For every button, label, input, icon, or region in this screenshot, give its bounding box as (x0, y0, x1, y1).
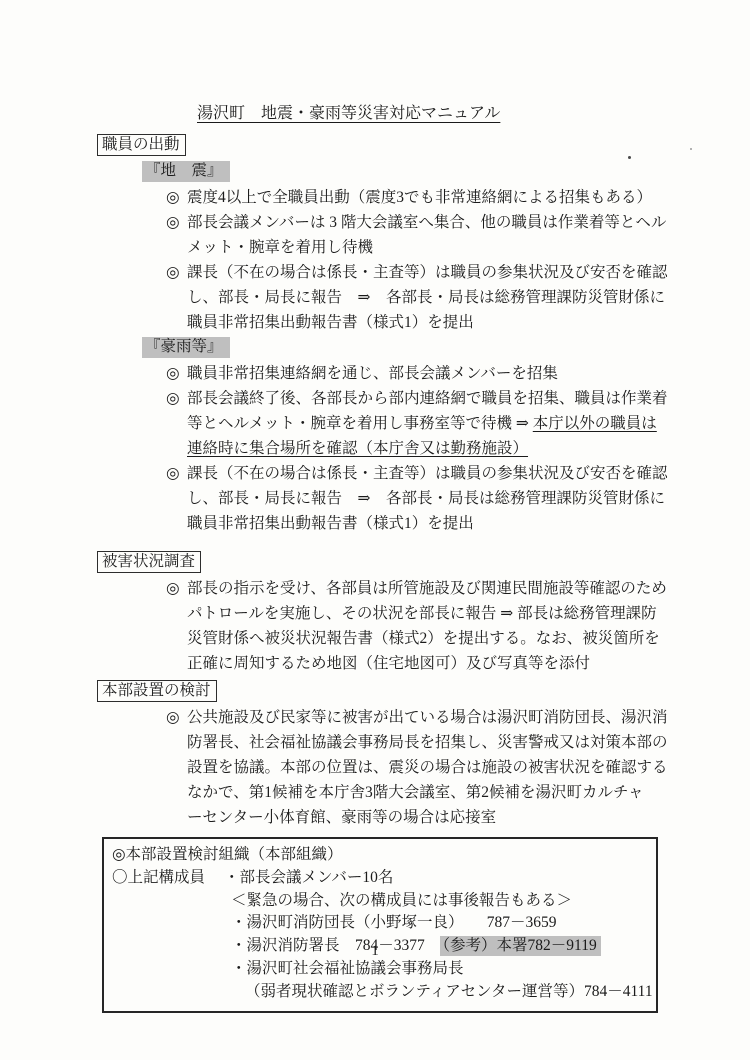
bullet-marker-icon: ◎ (166, 705, 187, 730)
section-heading: 被害状況調査 (97, 551, 201, 573)
text-segment: 課長（不在の場合は係長・主査等）は職員の参集状況及び安否を確認 (187, 264, 668, 281)
org-box-line: 〇上記構成員・部長会議メンバー10名 (112, 867, 648, 890)
bullet-line: し、部長・局長に報告 ⇒ 各部長・局長は総務管理課防災管財係に (166, 486, 667, 511)
bullet-line: し、部長・局長に報告 ⇒ 各部長・局長は総務管理課防災管財係に (166, 285, 667, 310)
bullet-line: ◎職員非常招集連絡網を通じ、部長会議メンバーを招集 (166, 361, 667, 386)
bullet-marker-icon: ◎ (166, 361, 187, 386)
text-segment: 〇上記構成員 (112, 869, 205, 886)
org-box-line: ◎本部設置検討組織（本部組織） (112, 844, 648, 867)
bullet-marker-icon: ◎ (166, 576, 187, 601)
bullet-item: ◎震度4以上で全職員出動（震度3でも非常連絡網による招集もある） (97, 185, 667, 210)
text-segment: ーセンター小体育館、豪雨等の場合は応接室 (187, 809, 496, 826)
bullet-line: パトロールを実施し、その状況を部長に報告 ⇒ 部長は総務管理課防 (166, 601, 667, 626)
bullet-line: メット・腕章を着用し待機 (166, 235, 667, 260)
sub-label-row: 『豪雨等』 (97, 335, 667, 361)
bullet-line: ◎部長会議メンバーは 3 階大会議室へ集合、他の職員は作業着等とヘル (166, 210, 667, 235)
bullet-line: ◎部長の指示を受け、各部員は所管施設及び関連民間施設等確認のため (166, 576, 667, 601)
bullet-line: ◎公共施設及び民家等に被害が出ている場合は湯沢町消防団長、湯沢消 (166, 705, 667, 730)
text-segment: （弱者現状確認とボランティアセンター運営等）784－4111 (245, 983, 653, 1000)
bullet-line: 職員非常招集出動報告書（様式1）を提出 (166, 310, 667, 335)
text-segment: 震度4以上で全職員出動（震度3でも非常連絡網による招集もある） (187, 189, 652, 206)
headquarters-organization-box: ◎本部設置検討組織（本部組織）〇上記構成員・部長会議メンバー10名＜緊急の場合、… (102, 837, 658, 1013)
org-box-line: ・湯沢町社会福祉協議会事務局長 (112, 958, 648, 981)
text-segment: 等とヘルメット・腕章を着用し事務室等で待機 ⇒ (187, 415, 533, 432)
section: 本部設置の検討◎公共施設及び民家等に被害が出ている場合は湯沢町消防団長、湯沢消防… (97, 680, 667, 830)
bullet-line: 正確に周知するため地図（住宅地図可）及び写真等を添付 (166, 651, 667, 676)
bullet-marker-icon: ◎ (166, 461, 187, 486)
section: 被害状況調査◎部長の指示を受け、各部員は所管施設及び関連民間施設等確認のためパト… (97, 551, 667, 676)
text-segment: 設置を協議。本部の位置は、震災の場合は施設の被害状況を確認する (187, 759, 668, 776)
org-box-line: ＜緊急の場合、次の構成員には事後報告もある＞ (112, 890, 648, 913)
page-number: 1 (0, 943, 750, 960)
bullet-item: ◎職員非常招集連絡網を通じ、部長会議メンバーを招集 (97, 361, 667, 386)
text-segment: し、部長・局長に報告 ⇒ 各部長・局長は総務管理課防災管財係に (187, 289, 665, 306)
bullet-item: ◎課長（不在の場合は係長・主査等）は職員の参集状況及び安否を確認し、部長・局長に… (97, 260, 667, 335)
bullet-line: 等とヘルメット・腕章を着用し事務室等で待機 ⇒ 本庁以外の職員は (166, 411, 667, 436)
text-segment: パトロールを実施し、その状況を部長に報告 ⇒ 部長は総務管理課防 (187, 605, 657, 622)
text-segment: 職員非常招集連絡網を通じ、部長会議メンバーを招集 (187, 365, 558, 382)
text-segment: 災管財係へ被災状況報告書（様式2）を提出する。なお、被災箇所を (187, 630, 660, 647)
scanned-document-page: 湯沢町 地震・豪雨等災害対応マニュアル 職員の出動『地 震』◎震度4以上で全職員… (0, 0, 750, 1060)
text-segment: 職員非常招集出動報告書（様式1）を提出 (187, 515, 474, 532)
bullet-line: ◎震度4以上で全職員出動（震度3でも非常連絡網による招集もある） (166, 185, 667, 210)
document-title: 湯沢町 地震・豪雨等災害対応マニュアル (197, 104, 500, 124)
text-segment: 防署長、社会福祉協議会事務局長を招集し、災害警戒又は対策本部の (187, 734, 668, 751)
text-segment: 部長会議終了後、各部長から部内連絡網で職員を招集、職員は作業着 (187, 390, 668, 407)
text-segment: ・湯沢町消防団長（小野塚一良） 787－3659 (231, 914, 557, 931)
text-segment: ＜緊急の場合、次の構成員には事後報告もある＞ (231, 892, 572, 909)
bullet-item: ◎部長の指示を受け、各部員は所管施設及び関連民間施設等確認のためパトロールを実施… (97, 576, 667, 676)
bullet-marker-icon: ◎ (166, 185, 187, 210)
bullet-line: 防署長、社会福祉協議会事務局長を招集し、災害警戒又は対策本部の (166, 730, 667, 755)
text-segment: 課長（不在の場合は係長・主査等）は職員の参集状況及び安否を確認 (187, 465, 668, 482)
text-segment: メット・腕章を着用し待機 (187, 239, 373, 256)
org-box-line: ・湯沢町消防団長（小野塚一良） 787－3659 (112, 912, 648, 935)
text-segment: 部長の指示を受け、各部員は所管施設及び関連民間施設等確認のため (187, 580, 667, 597)
bullet-item: ◎部長会議終了後、各部長から部内連絡網で職員を招集、職員は作業着等とヘルメット・… (97, 386, 667, 461)
bullet-line: 職員非常招集出動報告書（様式1）を提出 (166, 511, 667, 536)
bullet-line: ーセンター小体育館、豪雨等の場合は応接室 (166, 805, 667, 830)
text-segment: なかで、第1候補を本庁舎3階大会議室、第2候補を湯沢町カルチャ (187, 784, 643, 801)
shaded-sub-label: 『豪雨等』 (142, 337, 230, 358)
text-segment: 部長会議メンバーは 3 階大会議室へ集合、他の職員は作業着等とヘル (187, 214, 666, 231)
page-content: 湯沢町 地震・豪雨等災害対応マニュアル 職員の出動『地 震』◎震度4以上で全職員… (97, 104, 667, 1013)
bullet-line: ◎課長（不在の場合は係長・主査等）は職員の参集状況及び安否を確認 (166, 461, 667, 486)
text-segment: し、部長・局長に報告 ⇒ 各部長・局長は総務管理課防災管財係に (187, 490, 665, 507)
text-segment: ・湯沢町社会福祉協議会事務局長 (231, 960, 464, 977)
scan-speck-artifact (628, 156, 631, 159)
scan-speck-artifact (690, 148, 692, 150)
section-heading: 職員の出動 (97, 134, 186, 156)
bullet-line: 設置を協議。本部の位置は、震災の場合は施設の被害状況を確認する (166, 755, 667, 780)
section: 職員の出動『地 震』◎震度4以上で全職員出動（震度3でも非常連絡網による招集もあ… (97, 134, 667, 536)
text-segment: ・部長会議メンバー10名 (224, 869, 393, 886)
shaded-sub-label: 『地 震』 (142, 161, 230, 182)
bullet-marker-icon: ◎ (166, 210, 187, 235)
bullet-line: ◎課長（不在の場合は係長・主査等）は職員の参集状況及び安否を確認 (166, 260, 667, 285)
sub-label-row: 『地 震』 (97, 159, 667, 185)
text-segment: 正確に周知するため地図（住宅地図可）及び写真等を添付 (187, 655, 590, 672)
bullet-item: ◎部長会議メンバーは 3 階大会議室へ集合、他の職員は作業着等とヘルメット・腕章… (97, 210, 667, 260)
bullet-line: なかで、第1候補を本庁舎3階大会議室、第2候補を湯沢町カルチャ (166, 780, 667, 805)
section-heading-row: 本部設置の検討 (97, 680, 667, 705)
title-row: 湯沢町 地震・豪雨等災害対応マニュアル (97, 104, 667, 131)
text-segment: ◎本部設置検討組織（本部組織） (112, 846, 343, 863)
document-body: 職員の出動『地 震』◎震度4以上で全職員出動（震度3でも非常連絡網による招集もあ… (97, 134, 667, 830)
section-heading-row: 被害状況調査 (97, 551, 667, 576)
section-heading-row: 職員の出動 (97, 134, 667, 159)
text-segment: 公共施設及び民家等に被害が出ている場合は湯沢町消防団長、湯沢消 (187, 709, 668, 726)
bullet-marker-icon: ◎ (166, 386, 187, 411)
bullet-marker-icon: ◎ (166, 260, 187, 285)
section-heading: 本部設置の検討 (97, 680, 217, 702)
org-box-line: （弱者現状確認とボランティアセンター運営等）784－4111 (112, 981, 648, 1004)
bullet-line: 連絡時に集合場所を確認（本庁舎又は勤務施設） (166, 436, 667, 461)
bullet-item: ◎課長（不在の場合は係長・主査等）は職員の参集状況及び安否を確認し、部長・局長に… (97, 461, 667, 536)
bullet-item: ◎公共施設及び民家等に被害が出ている場合は湯沢町消防団長、湯沢消防署長、社会福祉… (97, 705, 667, 830)
bullet-line: ◎部長会議終了後、各部長から部内連絡網で職員を招集、職員は作業着 (166, 386, 667, 411)
underlined-text: 連絡時に集合場所を確認（本庁舎又は勤務施設） (187, 440, 528, 457)
bullet-line: 災管財係へ被災状況報告書（様式2）を提出する。なお、被災箇所を (166, 626, 667, 651)
underlined-text: 本庁以外の職員は (533, 415, 657, 432)
text-segment: 職員非常招集出動報告書（様式1）を提出 (187, 314, 474, 331)
